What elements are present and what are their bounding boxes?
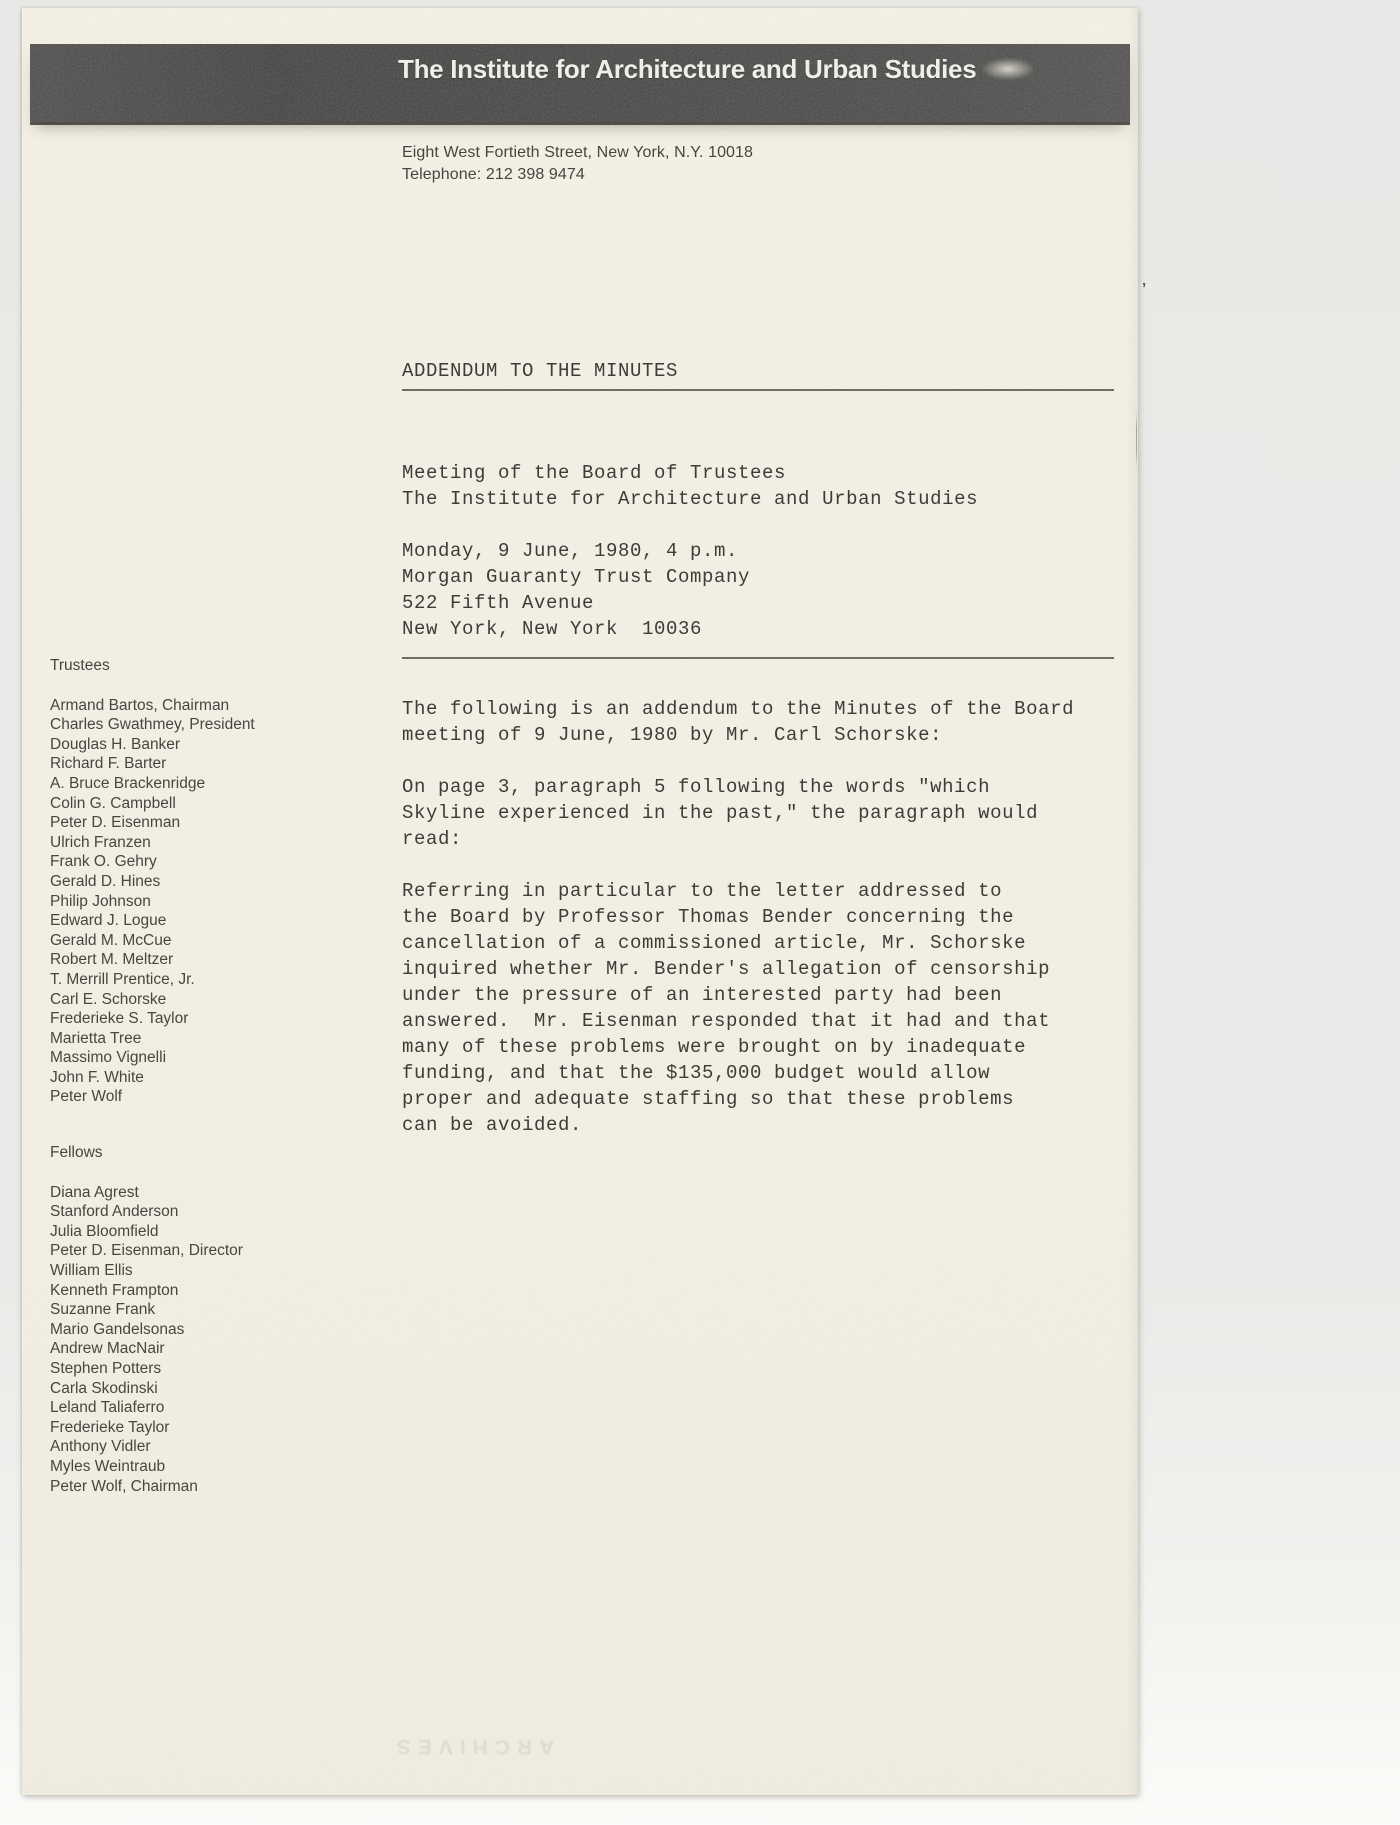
body-paragraph: On page 3, paragraph 5 following the wor… bbox=[402, 774, 1132, 852]
ink-speck-artifact: ’ bbox=[1142, 280, 1146, 297]
fellow-name: Frederieke Taylor bbox=[50, 1418, 380, 1438]
meeting-heading-line: The Institute for Architecture and Urban… bbox=[402, 486, 978, 512]
fellow-name: Suzanne Frank bbox=[50, 1300, 380, 1320]
paper-crease-artifact bbox=[1136, 412, 1137, 468]
trustee-name: A. Bruce Brackenridge bbox=[50, 774, 380, 794]
trustee-name: Robert M. Meltzer bbox=[50, 950, 380, 970]
trustees-list: Armand Bartos, ChairmanCharles Gwathmey,… bbox=[50, 696, 380, 1107]
bleed-through-stamp: ARCHIVES bbox=[332, 1734, 612, 1758]
fellows-heading: Fellows bbox=[50, 1143, 380, 1163]
trustee-name: Frank O. Gehry bbox=[50, 852, 380, 872]
letterhead-banner: The Institute for Architecture and Urban… bbox=[30, 44, 1130, 122]
meeting-venue-line: 522 Fifth Avenue bbox=[402, 590, 750, 616]
trustee-name: John F. White bbox=[50, 1068, 380, 1088]
trustees-heading: Trustees bbox=[50, 656, 380, 676]
trustee-name: Richard F. Barter bbox=[50, 754, 380, 774]
trustee-name: Carl E. Schorske bbox=[50, 990, 380, 1010]
trustee-name: T. Merrill Prentice, Jr. bbox=[50, 970, 380, 990]
trustee-name: Charles Gwathmey, President bbox=[50, 715, 380, 735]
trustee-name: Massimo Vignelli bbox=[50, 1048, 380, 1068]
trustee-name: Peter Wolf bbox=[50, 1087, 380, 1107]
trustee-name: Edward J. Logue bbox=[50, 911, 380, 931]
fellow-name: Stanford Anderson bbox=[50, 1202, 380, 1222]
trustee-name: Philip Johnson bbox=[50, 892, 380, 912]
fellow-name: William Ellis bbox=[50, 1261, 380, 1281]
scanned-document-screenshot: { "letterhead": { "org_name": "The Insti… bbox=[0, 0, 1400, 1825]
trustee-name: Ulrich Franzen bbox=[50, 833, 380, 853]
meeting-heading-block: Meeting of the Board of TrusteesThe Inst… bbox=[402, 460, 978, 512]
fellow-name: Myles Weintraub bbox=[50, 1457, 380, 1477]
fellows-list: Diana AgrestStanford AndersonJulia Bloom… bbox=[50, 1183, 380, 1497]
meeting-heading-line: Meeting of the Board of Trustees bbox=[402, 460, 978, 486]
org-name: The Institute for Architecture and Urban… bbox=[398, 54, 976, 85]
title-underline-rule bbox=[402, 389, 1114, 391]
fellow-name: Andrew MacNair bbox=[50, 1339, 380, 1359]
fellow-name: Leland Taliaferro bbox=[50, 1398, 380, 1418]
letterhead-address: Eight West Fortieth Street, New York, N.… bbox=[402, 142, 753, 186]
trustee-name: Marietta Tree bbox=[50, 1029, 380, 1049]
fellow-name: Anthony Vidler bbox=[50, 1437, 380, 1457]
trustee-name: Gerald M. McCue bbox=[50, 931, 380, 951]
fellow-name: Diana Agrest bbox=[50, 1183, 380, 1203]
document-title: ADDENDUM TO THE MINUTES bbox=[402, 358, 678, 384]
trustee-name: Colin G. Campbell bbox=[50, 794, 380, 814]
meeting-venue-line: New York, New York 10036 bbox=[402, 616, 750, 642]
meeting-venue-line: Monday, 9 June, 1980, 4 p.m. bbox=[402, 538, 750, 564]
body-paragraphs: The following is an addendum to the Minu… bbox=[402, 696, 1132, 1138]
letterhead-sidebar: Trustees Armand Bartos, ChairmanCharles … bbox=[50, 656, 380, 1496]
document-page: The Institute for Architecture and Urban… bbox=[22, 8, 1138, 1795]
fellow-name: Mario Gandelsonas bbox=[50, 1320, 380, 1340]
fellow-name: Kenneth Frampton bbox=[50, 1281, 380, 1301]
fellow-name: Julia Bloomfield bbox=[50, 1222, 380, 1242]
fellow-name: Carla Skodinski bbox=[50, 1379, 380, 1399]
body-paragraph: The following is an addendum to the Minu… bbox=[402, 696, 1132, 748]
body-paragraph: Referring in particular to the letter ad… bbox=[402, 878, 1132, 1138]
section-divider-rule bbox=[402, 657, 1114, 659]
trustee-name: Gerald D. Hines bbox=[50, 872, 380, 892]
banner-smudge-artifact bbox=[972, 54, 1044, 84]
trustee-name: Douglas H. Banker bbox=[50, 735, 380, 755]
address-line: Eight West Fortieth Street, New York, N.… bbox=[402, 142, 753, 164]
fellow-name: Peter D. Eisenman, Director bbox=[50, 1241, 380, 1261]
trustee-name: Armand Bartos, Chairman bbox=[50, 696, 380, 716]
fellow-name: Peter Wolf, Chairman bbox=[50, 1477, 380, 1497]
trustee-name: Frederieke S. Taylor bbox=[50, 1009, 380, 1029]
meeting-venue-block: Monday, 9 June, 1980, 4 p.m.Morgan Guara… bbox=[402, 538, 750, 642]
telephone-line: Telephone: 212 398 9474 bbox=[402, 164, 753, 186]
meeting-venue-line: Morgan Guaranty Trust Company bbox=[402, 564, 750, 590]
fellow-name: Stephen Potters bbox=[50, 1359, 380, 1379]
trustee-name: Peter D. Eisenman bbox=[50, 813, 380, 833]
